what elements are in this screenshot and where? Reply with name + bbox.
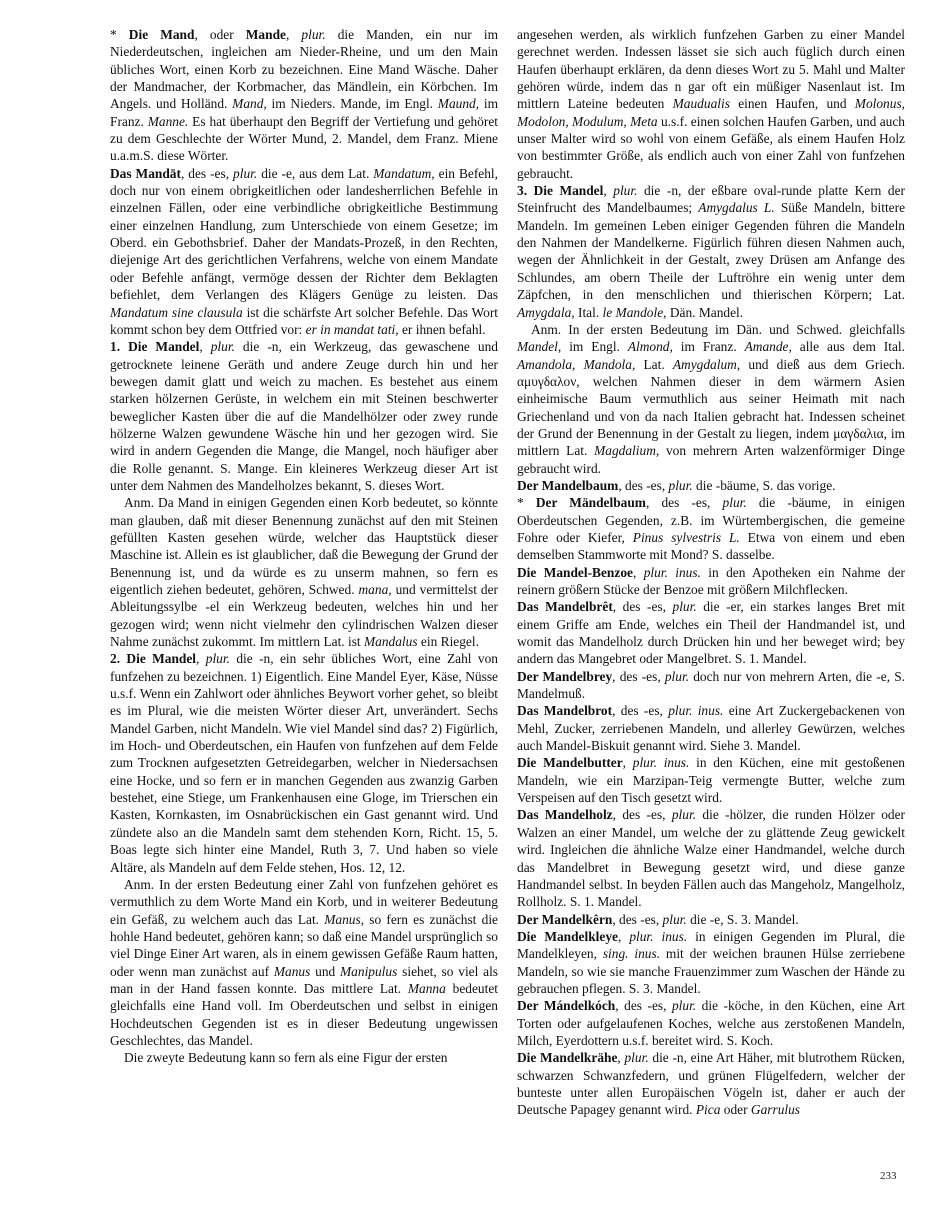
entry-text: , des -es, xyxy=(615,998,672,1013)
italic-term: Manna xyxy=(408,981,446,996)
entry-text: die -hölzer, die runden Hölzer oder Walz… xyxy=(517,807,905,909)
dictionary-entry: * Die Mand, oder Mande, plur. die Manden… xyxy=(110,26,498,165)
entry-text: alle aus dem Ital. xyxy=(792,339,905,354)
dictionary-page: * Die Mand, oder Mande, plur. die Manden… xyxy=(0,0,935,1210)
entry-text: Anm. In der ersten Bedeutung im Dän. und… xyxy=(531,322,905,337)
entry-text: einen Haufen, und xyxy=(730,96,855,111)
dictionary-entry: Das Mandelbrêt, des -es, plur. die -er, … xyxy=(517,598,905,667)
italic-term: Amygdalum, xyxy=(673,357,740,372)
entry-text: und xyxy=(310,964,340,979)
italic-term: Maund, xyxy=(438,96,479,111)
headword: Der Mändelbaum xyxy=(536,495,646,510)
headword: Der Mandelkêrn xyxy=(517,912,612,927)
italic-term: Manus xyxy=(274,964,310,979)
headword: 1. Die Mandel xyxy=(110,339,199,354)
headword: Die Mand xyxy=(129,27,195,42)
entry-text: Ital. xyxy=(575,305,603,320)
entry-text: die -n, ein sehr übliches Wort, eine Zah… xyxy=(110,651,498,874)
page-number: 233 xyxy=(880,1170,897,1182)
italic-term: Mandatum sine clausula xyxy=(110,305,243,320)
headword: 3. Die Mandel xyxy=(517,183,603,198)
annotation-paragraph: Die zweyte Bedeutung kann so fern als ei… xyxy=(110,1049,498,1066)
annotation-paragraph: Anm. Da Mand in einigen Gegenden einen K… xyxy=(110,494,498,650)
entry-text: er ihnen befahl. xyxy=(399,322,486,337)
italic-term: Mandatum, xyxy=(373,166,434,181)
continued-paragraph: angesehen werden, als wirklich funfzehen… xyxy=(517,26,905,182)
headword: Das Mandāt xyxy=(110,166,181,181)
italic-term: Manus, xyxy=(324,912,364,927)
italic-term: Manipulus xyxy=(340,964,397,979)
italic-term: plur. inus. xyxy=(668,703,723,718)
entry-text: , xyxy=(618,929,629,944)
italic-term: plur. xyxy=(233,166,257,181)
entry-text: , des -es, xyxy=(612,703,668,718)
italic-term: plur. xyxy=(669,478,693,493)
italic-term: plur. xyxy=(663,912,687,927)
entry-text: , xyxy=(196,651,206,666)
italic-term: Garrulus xyxy=(751,1102,800,1117)
entry-text: im Nieders. Mande, im Engl. xyxy=(267,96,438,111)
annotation-paragraph: Anm. In der ersten Bedeutung einer Zahl … xyxy=(110,876,498,1049)
dictionary-entry: Das Mandelbrot, des -es, plur. inus. ein… xyxy=(517,702,905,754)
italic-term: plur. xyxy=(665,669,689,684)
italic-term: mana, xyxy=(359,582,392,597)
italic-term: Magdalium, xyxy=(594,443,659,458)
italic-term: Amande, xyxy=(745,339,792,354)
italic-term: plur. xyxy=(723,495,747,510)
headword: Die Mandel-Benzoe xyxy=(517,565,633,580)
entry-text: , des -es, xyxy=(618,478,668,493)
italic-term: Almond, xyxy=(628,339,673,354)
left-column: * Die Mand, oder Mande, plur. die Manden… xyxy=(110,26,498,1067)
entry-text: Die zweyte Bedeutung kann so fern als ei… xyxy=(124,1050,448,1065)
dictionary-entry: * Der Mändelbaum, des -es, plur. die -bä… xyxy=(517,494,905,563)
entry-text: , des -es, xyxy=(646,495,723,510)
italic-term: Mandel, xyxy=(517,339,561,354)
dictionary-entry: Der Mandelkêrn, des -es, plur. die -e, S… xyxy=(517,911,905,928)
entry-text: die -e, aus dem Lat. xyxy=(257,166,373,181)
italic-term: plur. xyxy=(211,339,235,354)
entry-text: ein Riegel. xyxy=(418,634,479,649)
italic-term: Amygdalus L. xyxy=(698,200,774,215)
entry-text: im Franz. xyxy=(673,339,745,354)
entry-text: , xyxy=(603,183,613,198)
dictionary-entry: 1. Die Mandel, plur. die -n, ein Werkzeu… xyxy=(110,338,498,494)
headword: 2. Die Mandel xyxy=(110,651,196,666)
headword: Die Mandelkrähe xyxy=(517,1050,617,1065)
entry-text: * xyxy=(517,495,536,510)
italic-term: Amygdala, xyxy=(517,305,575,320)
entry-text: die -n, ein Werkzeug, das gewaschene und… xyxy=(110,339,498,493)
headword: Die Mandelkleye xyxy=(517,929,618,944)
entry-text: , xyxy=(199,339,210,354)
entry-text: , des -es, xyxy=(181,166,233,181)
entry-text: , des -es, xyxy=(612,912,662,927)
dictionary-entry: Der Mandelbaum, des -es, plur. die -bäum… xyxy=(517,477,905,494)
dictionary-entry: Die Mandelkleye, plur. inus. in einigen … xyxy=(517,928,905,997)
entry-text: Süße Mandeln, bittere Mandeln. Im gemein… xyxy=(517,200,905,302)
italic-term: Pica xyxy=(696,1102,721,1117)
italic-term: plur. xyxy=(672,807,696,822)
dictionary-entry: 2. Die Mandel, plur. die -n, ein sehr üb… xyxy=(110,650,498,875)
italic-term: Manne. xyxy=(148,114,189,129)
entry-text: , xyxy=(633,565,644,580)
headword: Der Mandelbaum xyxy=(517,478,618,493)
entry-text: , des -es, xyxy=(612,669,665,684)
entry-text: , des -es, xyxy=(613,807,672,822)
entry-text: , oder xyxy=(194,27,245,42)
dictionary-entry: Das Mandāt, des -es, plur. die -e, aus d… xyxy=(110,165,498,338)
headword: Der Mandelbrey xyxy=(517,669,612,684)
italic-term: plur. xyxy=(613,183,637,198)
headword: Das Mandelholz xyxy=(517,807,613,822)
dictionary-entry: 3. Die Mandel, plur. die -n, der eßbare … xyxy=(517,182,905,321)
entry-text: oder xyxy=(720,1102,751,1117)
entry-text: die -e, S. 3. Mandel. xyxy=(687,912,799,927)
entry-text: Dän. Mandel. xyxy=(667,305,744,320)
entry-text: die -bäume, S. das vorige. xyxy=(693,478,836,493)
entry-text: , xyxy=(286,27,301,42)
italic-term: Mand, xyxy=(232,96,267,111)
italic-term: plur. xyxy=(624,1050,648,1065)
headword: Mande xyxy=(246,27,286,42)
italic-term: er in mandat tati, xyxy=(306,322,399,337)
right-column: angesehen werden, als wirklich funfzehen… xyxy=(517,26,905,1119)
dictionary-entry: Der Mandelbrey, des -es, plur. doch nur … xyxy=(517,668,905,703)
entry-text: , xyxy=(623,755,633,770)
italic-term: Pinus sylvestris L. xyxy=(633,530,740,545)
italic-term: plur. inus. xyxy=(644,565,701,580)
italic-term: plur. inus. xyxy=(633,755,690,770)
italic-term: plur. xyxy=(673,599,697,614)
italic-term: plur. xyxy=(206,651,230,666)
headword: Die Mandelbutter xyxy=(517,755,623,770)
italic-term: sing. inus. xyxy=(603,946,660,961)
dictionary-entry: Die Mandel-Benzoe, plur. inus. in den Ap… xyxy=(517,564,905,599)
dictionary-entry: Die Mandelbutter, plur. inus. in den Küc… xyxy=(517,754,905,806)
italic-term: plur. xyxy=(672,998,696,1013)
italic-term: plur. inus. xyxy=(629,929,687,944)
headword: Der Mándelkóch xyxy=(517,998,615,1013)
headword: Das Mandelbrot xyxy=(517,703,612,718)
annotation-paragraph: Anm. In der ersten Bedeutung im Dän. und… xyxy=(517,321,905,477)
italic-term: Mandalus xyxy=(364,634,418,649)
dictionary-entry: Der Mándelkóch, des -es, plur. die -köch… xyxy=(517,997,905,1049)
italic-term: Amandola, Mandola, xyxy=(517,357,635,372)
italic-term: le Mandole, xyxy=(603,305,667,320)
entry-text: ein Befehl, doch nur von einem obrigkeit… xyxy=(110,166,498,302)
entry-text: * xyxy=(110,27,129,42)
italic-term: plur. xyxy=(301,27,325,42)
italic-term: Maudualis xyxy=(673,96,730,111)
entry-text: im Engl. xyxy=(561,339,628,354)
entry-text: Lat. xyxy=(635,357,673,372)
entry-text: , des -es, xyxy=(613,599,673,614)
dictionary-entry: Die Mandelkrähe, plur. die -n, eine Art … xyxy=(517,1049,905,1118)
dictionary-entry: Das Mandelholz, des -es, plur. die -hölz… xyxy=(517,806,905,910)
headword: Das Mandelbrêt xyxy=(517,599,613,614)
